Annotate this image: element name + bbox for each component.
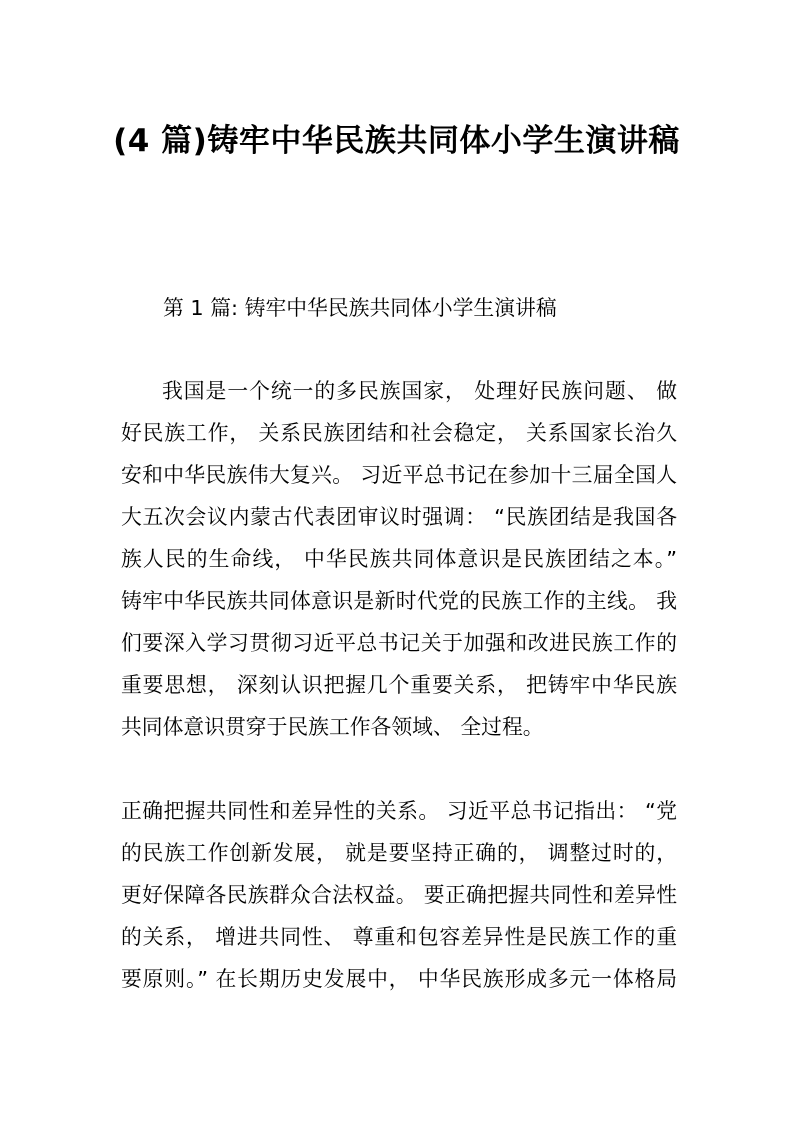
text-line: 铸牢中华民族共同体意识是新时代党的民族工作的主线。 我 — [121, 580, 677, 622]
text-line: 要原则。” 在长期历史发展中， 中华民族形成多元一体格局 — [121, 958, 677, 1000]
text-line: 们要深入学习贯彻习近平总书记关于加强和改进民族工作的 — [121, 622, 677, 664]
text-line: 共同体意识贯穿于民族工作各领域、 全过程。 — [121, 706, 677, 748]
document-page: (4 篇)铸牢中华民族共同体小学生演讲稿 第 1 篇: 铸牢中华民族共同体小学生… — [0, 0, 793, 1122]
text-line: 更好保障各民族群众合法权益。 要正确把握共同性和差异性 — [121, 874, 677, 916]
text-line: 大五次会议内蒙古代表团审议时强调： “民族团结是我国各 — [121, 496, 677, 538]
section-heading: 第 1 篇: 铸牢中华民族共同体小学生演讲稿 — [163, 287, 557, 329]
paragraph-1: 我国是一个统一的多民族国家， 处理好民族问题、 做 好民族工作， 关系民族团结和… — [121, 370, 677, 748]
document-title: (4 篇)铸牢中华民族共同体小学生演讲稿 — [0, 121, 793, 161]
text-line: 安和中华民族伟大复兴。 习近平总书记在参加十三届全国人 — [121, 454, 677, 496]
text-line: 的民族工作创新发展， 就是要坚持正确的， 调整过时的， — [121, 832, 677, 874]
paragraph-2: 正确把握共同性和差异性的关系。 习近平总书记指出： “党 的民族工作创新发展， … — [121, 790, 677, 1000]
text-line: 好民族工作， 关系民族团结和社会稳定， 关系国家长治久 — [121, 412, 677, 454]
text-line: 的关系， 增进共同性、 尊重和包容差异性是民族工作的重 — [121, 916, 677, 958]
text-line: 我国是一个统一的多民族国家， 处理好民族问题、 做 — [121, 370, 677, 412]
text-line: 族人民的生命线， 中华民族共同体意识是民族团结之本。” — [121, 538, 677, 580]
text-line: 正确把握共同性和差异性的关系。 习近平总书记指出： “党 — [121, 790, 677, 832]
text-line: 重要思想， 深刻认识把握几个重要关系， 把铸牢中华民族 — [121, 664, 677, 706]
